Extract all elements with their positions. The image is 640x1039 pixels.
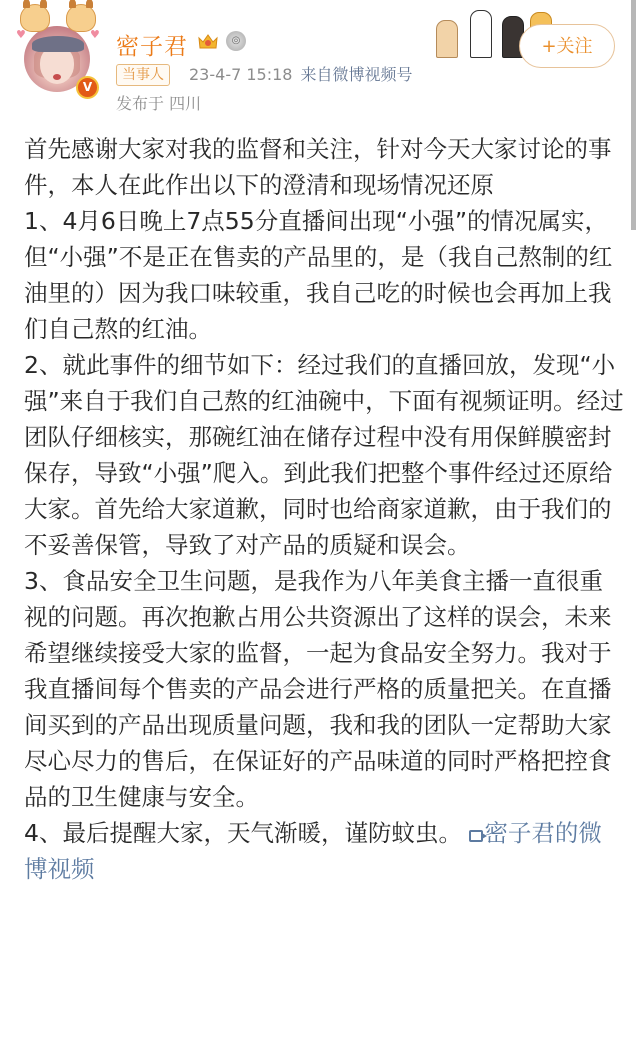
ox-decoration-icon xyxy=(20,4,50,32)
verified-badge-icon: V xyxy=(76,76,99,99)
medal-badge-icon[interactable]: ◎ xyxy=(226,31,246,51)
paragraph-2: 2、就此事件的细节如下：经过我们的直播回放，发现“小强”来自于我们自己熬的红油碗… xyxy=(24,347,624,563)
scrollbar[interactable] xyxy=(631,0,636,230)
follow-button[interactable]: +关注 xyxy=(519,24,615,68)
source-link[interactable]: 来自微博视频号 xyxy=(300,65,412,84)
paragraph-intro: 首先感谢大家对我的监督和关注，针对今天大家讨论的事件，本人在此作出以下的澄清和现… xyxy=(24,131,624,203)
paw-icon xyxy=(470,10,492,58)
ox-decoration-icon xyxy=(66,4,96,32)
username[interactable]: 密子君 xyxy=(116,28,188,61)
location: 发布于 四川 xyxy=(116,91,201,114)
paragraph-4-text: 4、最后提醒大家，天气渐暖，谨防蚊虫。 xyxy=(24,819,462,847)
crown-badge-icon[interactable] xyxy=(197,32,219,50)
timestamp: 23-4-7 15:18 xyxy=(189,65,292,84)
party-involved-tag: 当事人 xyxy=(116,64,170,86)
paragraph-4: 4、最后提醒大家，天气渐暖，谨防蚊虫。 密子君的微博视频 xyxy=(24,815,624,887)
avatar[interactable]: ♥ ♥ V xyxy=(24,26,90,92)
paragraph-3: 3、食品安全卫生问题，是我作为八年美食主播一直很重视的问题。再次抱歉占用公共资源… xyxy=(24,563,624,815)
paragraph-1: 1、4月6日晚上7点55分直播间出现“小强”的情况属实，但“小强”不是正在售卖的… xyxy=(24,203,624,347)
post-body: 首先感谢大家对我的监督和关注，针对今天大家讨论的事件，本人在此作出以下的澄清和现… xyxy=(24,131,624,887)
post-meta: 23-4-7 15:18来自微博视频号 xyxy=(189,64,412,86)
heart-icon: ♥ xyxy=(90,28,100,41)
paw-icon xyxy=(436,20,458,58)
post-header: ♥ ♥ V 密子君 ◎ 当事人 23-4-7 15:18来自微博视频号 发布于 … xyxy=(0,0,640,120)
video-camera-icon xyxy=(469,830,483,842)
